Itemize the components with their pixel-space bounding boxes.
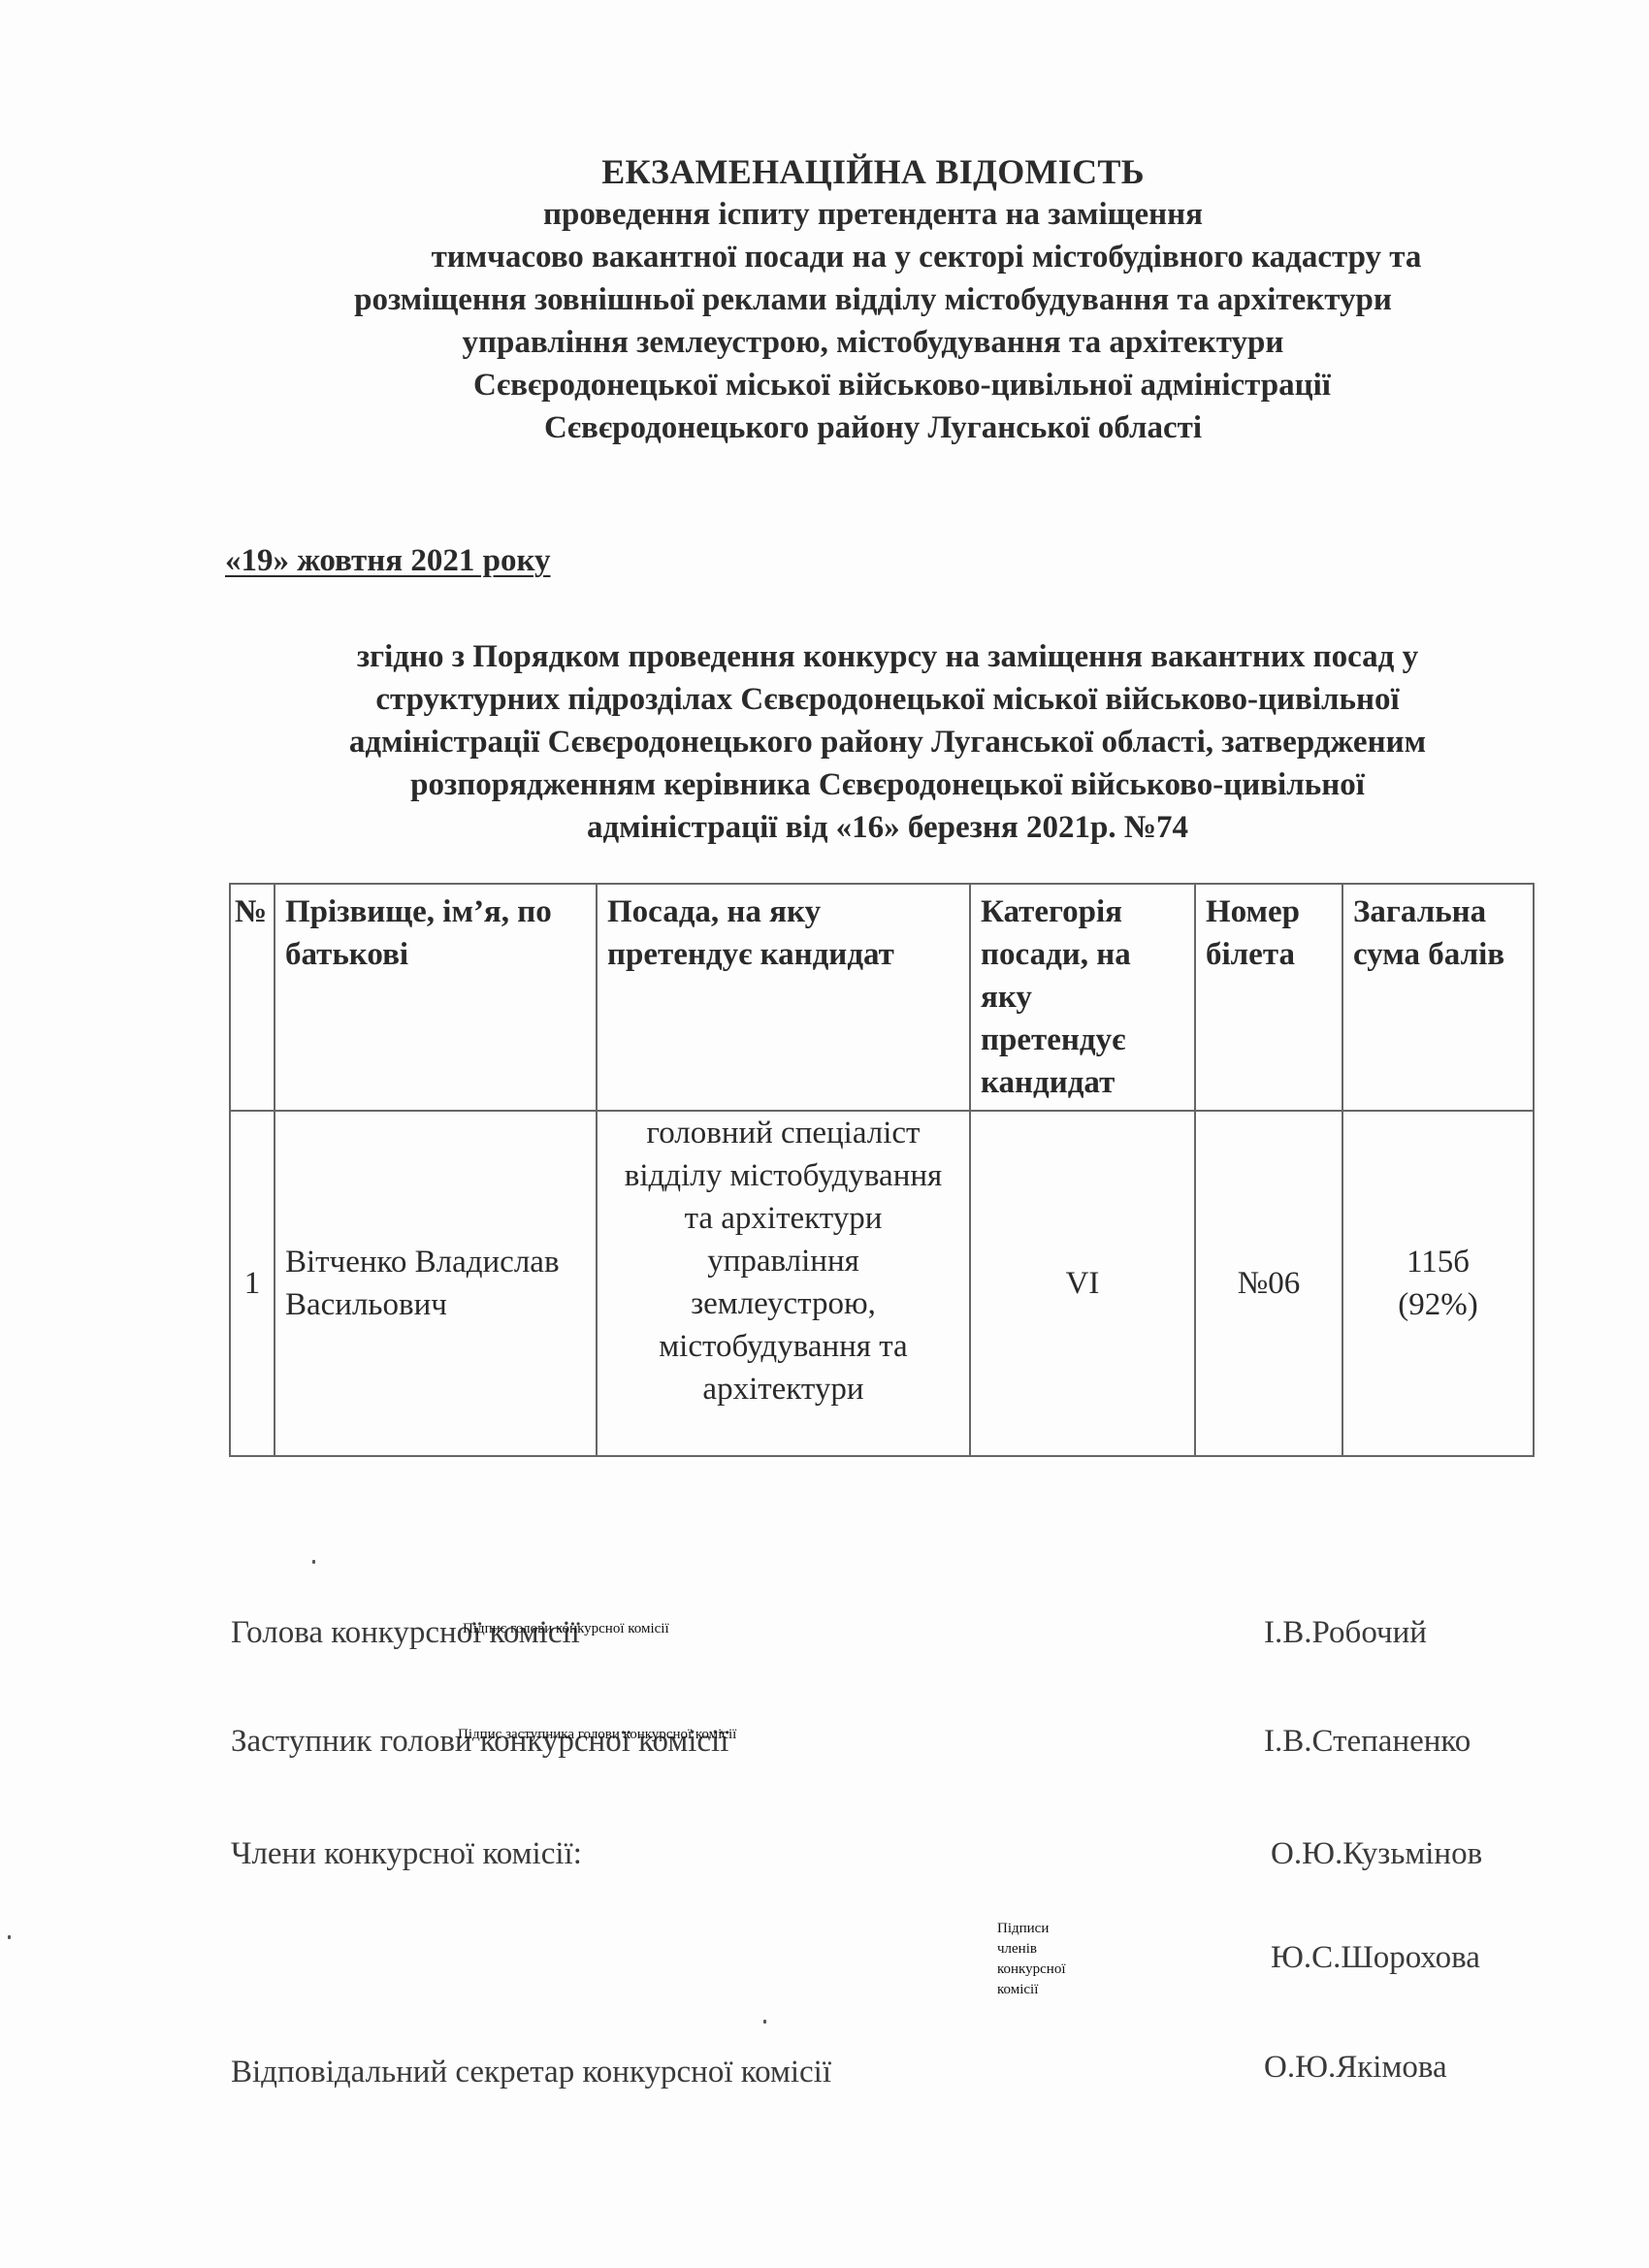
row-ticket: №06 — [1195, 1111, 1342, 1456]
subtitle-line: проведення іспиту претендента на заміщен… — [233, 193, 1513, 236]
header-category: Категорія посади, на яку претендує канди… — [970, 884, 1195, 1111]
signature-role-members: Члени конкурсної комісії: — [231, 1836, 582, 1872]
document-date: «19» жовтня 2021 року — [225, 543, 551, 579]
header-ticket: Номер білета — [1195, 884, 1342, 1111]
subtitle-line: Сєвєродонецького району Луганської облас… — [233, 406, 1513, 449]
intro-line: адміністрації від «16» березня 2021р. №7… — [223, 806, 1552, 849]
placeholder-line: членів — [997, 1939, 1065, 1960]
signature-placeholder-members: Підписи членів конкурсної комісії — [997, 1919, 1065, 2000]
scan-speck — [312, 1560, 315, 1564]
signature-placeholder-deputy: Підпис заступника голови конкурсної комі… — [458, 1726, 736, 1744]
row-number: 1 — [230, 1111, 275, 1456]
table-row: 1 Вітченко Владислав Васильович головний… — [230, 1111, 1534, 1456]
scan-speck — [763, 2020, 766, 2024]
header-score: Загальна сума балів — [1342, 884, 1534, 1111]
subtitle-line: Сєвєродонецької міської військово-цивіль… — [233, 364, 1513, 406]
document-title: ЕКЗАМЕНАЦІЙНА ВІДОМІСТЬ — [233, 150, 1513, 193]
row-name: Вітченко Владислав Васильович — [275, 1111, 597, 1456]
row-position: головний спеціаліст відділу містобудуван… — [597, 1111, 970, 1456]
header-name: Прізвище, ім’я, по батькові — [275, 884, 597, 1111]
signature-name-chair: І.В.Робочий — [1264, 1615, 1427, 1651]
placeholder-line: конкурсної — [997, 1960, 1065, 1980]
intro-paragraph: згідно з Порядком проведення конкурсу на… — [223, 635, 1552, 849]
intro-line: адміністрації Сєвєродонецького району Лу… — [223, 721, 1552, 763]
signature-name-deputy: І.В.Степаненко — [1264, 1724, 1471, 1760]
placeholder-line: Підписи — [997, 1919, 1065, 1939]
subtitle-line: розміщення зовнішньої реклами відділу мі… — [233, 278, 1513, 321]
signature-role-secretary: Відповідальний секретар конкурсної коміс… — [231, 2055, 831, 2090]
scan-speck — [8, 1935, 11, 1939]
placeholder-line: комісії — [997, 1980, 1065, 2000]
results-table: № Прізвище, ім’я, по батькові Посада, на… — [229, 883, 1535, 1457]
row-score: 115б (92%) — [1342, 1111, 1534, 1456]
header-number: № — [230, 884, 275, 1111]
signature-name-secretary: О.Ю.Якімова — [1264, 2050, 1447, 2086]
table-header-row: № Прізвище, ім’я, по батькові Посада, на… — [230, 884, 1534, 1111]
signature-name-member-2: Ю.С.Шорохова — [1271, 1940, 1480, 1976]
row-category: VI — [970, 1111, 1195, 1456]
document-header: ЕКЗАМЕНАЦІЙНА ВІДОМІСТЬ проведення іспит… — [233, 150, 1513, 449]
score-percent: (92%) — [1353, 1283, 1523, 1326]
document-page: ЕКЗАМЕНАЦІЙНА ВІДОМІСТЬ проведення іспит… — [0, 0, 1649, 2268]
signature-name-member-1: О.Ю.Кузьмінов — [1271, 1836, 1482, 1872]
signature-placeholder-chair: Підпис голови конкурсної комісії — [463, 1620, 669, 1638]
intro-line: розпорядженням керівника Сєвєродонецької… — [223, 763, 1552, 806]
intro-line: структурних підрозділах Сєвєродонецької … — [223, 678, 1552, 721]
subtitle-line: тимчасово вакантної посади на у секторі … — [233, 236, 1513, 278]
header-position: Посада, на яку претендує кандидат — [597, 884, 970, 1111]
score-points: 115б — [1353, 1241, 1523, 1283]
subtitle-line: управління землеустрою, містобудування т… — [233, 321, 1513, 364]
intro-line: згідно з Порядком проведення конкурсу на… — [223, 635, 1552, 678]
